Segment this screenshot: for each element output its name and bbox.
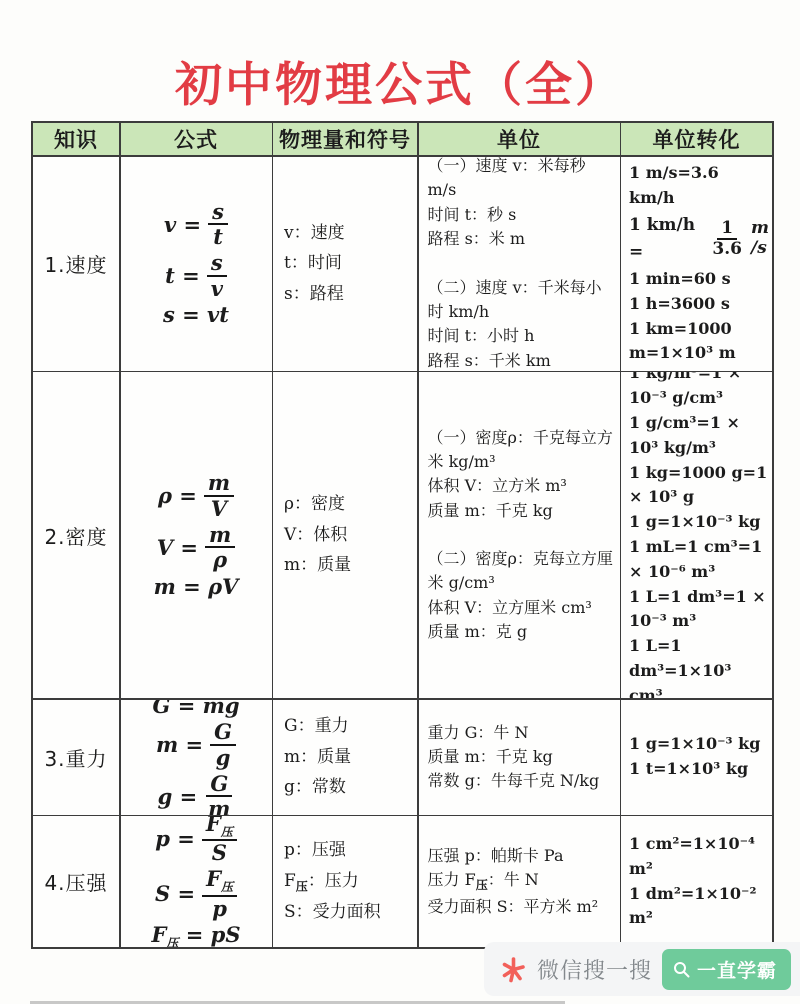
- units-text: （一）速度 v：米每秒 m/s 时间 t：秒 s 路程 s：米 m （二）速度 …: [428, 157, 615, 371]
- formula-lhs: v =: [164, 212, 201, 237]
- density-formula-cell: ρ = m V V = m ρ m = ρV: [121, 372, 272, 698]
- speed-knowledge-cell: 1.速度: [33, 157, 119, 371]
- formula-line: s = vt: [163, 302, 229, 327]
- unit-stack: m /s: [751, 219, 769, 258]
- symbols-text: S：受力面积: [284, 897, 417, 928]
- formula-line: ρ = m V: [158, 471, 234, 520]
- pressure-knowledge-cell: 4.压强: [33, 816, 119, 947]
- fraction: F压 S: [202, 816, 237, 865]
- speed-formula-cell: v = s t t = s v s = vt: [121, 157, 272, 371]
- speed-conversion-cell: 1 m/s=3.6 km/h 1 km/h = 1 3.6 m /s 1 min…: [621, 157, 772, 371]
- search-account-label: 一直学霸: [697, 956, 777, 983]
- pressure-conversion-cell: 1 cm²=1×10⁻⁴ m² 1 dm²=1×10⁻² m²: [621, 816, 772, 947]
- fraction-denominator: p: [208, 897, 231, 921]
- formula-line: p = F压 S: [155, 816, 237, 865]
- formula-plain: F压 = pS: [151, 922, 240, 947]
- force-subscript: 压: [221, 825, 233, 839]
- col-header-conversion: 单位转化: [621, 123, 772, 155]
- force-subscript: 压: [296, 879, 308, 893]
- col-header-units: 单位: [419, 123, 620, 155]
- formula-rhs: = pS: [178, 922, 240, 947]
- search-account-button[interactable]: 一直学霸: [662, 949, 791, 990]
- formula-line: m = ρV: [154, 574, 239, 599]
- force-symbol: F: [284, 871, 296, 891]
- force-subscript: 压: [476, 878, 488, 892]
- symbols-text: ρ：密度 V：体积 m：质量: [284, 489, 417, 581]
- density-knowledge-cell: 2.密度: [33, 372, 119, 698]
- formula-line: V = m ρ: [157, 523, 235, 572]
- fraction-denominator: t: [209, 225, 227, 249]
- fraction: m V: [204, 471, 234, 520]
- formula-plain: m = ρV: [154, 574, 239, 599]
- units-text: 压力 F压：牛 N: [428, 868, 615, 894]
- conversion-fraction-line: 1 km/h = 1 3.6 m /s: [629, 212, 769, 265]
- conversion-text: 1 m/s=3.6 km/h: [629, 161, 769, 211]
- symbols-text: G：重力 m：质量 g：常数: [284, 711, 417, 803]
- pressure-formula-cell: p = F压 S S = F压 p F压 = pS: [121, 816, 272, 947]
- fraction-numerator: s: [208, 200, 228, 226]
- formula-line: v = s t: [164, 200, 228, 249]
- gravity-units-cell: 重力 G：牛 N 质量 m：千克 kg 常数 g：牛每千克 N/kg: [419, 700, 620, 815]
- formula-line: S = F压 p: [155, 867, 237, 920]
- formula-line: t = s v: [165, 251, 227, 300]
- fraction-denominator: ρ: [209, 548, 231, 572]
- symbols-text: v：速度 t：时间 s：路程: [284, 218, 417, 310]
- pressure-units-cell: 压强 p：帕斯卡 Pa 压力 F压：牛 N 受力面积 S：平方米 m²: [419, 816, 620, 947]
- fraction-numerator: G: [210, 720, 236, 746]
- conversion-frac-lhs: 1 km/h =: [629, 212, 703, 265]
- formula-lhs: ρ =: [158, 483, 197, 508]
- gravity-knowledge-cell: 3.重力: [33, 700, 119, 815]
- fraction-numerator: m: [204, 471, 234, 497]
- wechat-search-logo-icon: [500, 956, 527, 983]
- unit-m: m: [751, 219, 769, 239]
- formula-lhs: m =: [156, 732, 203, 757]
- conversion-text: 1 kg/m³=1 × 10⁻³ g/cm³ 1 g/cm³=1 × 10³ k…: [629, 372, 769, 698]
- fraction-denominator: m: [204, 797, 234, 814]
- col-header-formula: 公式: [121, 123, 272, 155]
- fraction-numerator: F压: [202, 816, 237, 841]
- density-symbols-cell: ρ：密度 V：体积 m：质量: [273, 372, 417, 698]
- pressure-symbols-cell: p：压强 F压：压力 S：受力面积: [273, 816, 417, 947]
- fraction: G g: [210, 720, 236, 769]
- fraction-denominator: V: [207, 497, 231, 521]
- formula-line: F压 = pS: [151, 922, 240, 947]
- fraction: s v: [207, 251, 227, 300]
- fraction: s t: [208, 200, 228, 249]
- search-icon: [673, 961, 690, 978]
- conversion-text: 1 cm²=1×10⁻⁴ m² 1 dm²=1×10⁻² m²: [629, 832, 769, 931]
- fraction-numerator: G: [206, 772, 232, 798]
- col-header-symbols: 物理量和符号: [273, 123, 417, 155]
- unit-per-s: /s: [751, 239, 767, 259]
- wechat-search-label: 微信搜一搜: [537, 954, 652, 985]
- fraction-numerator: s: [207, 251, 227, 277]
- force-symbol: F: [151, 922, 166, 947]
- density-units-cell: （一）密度ρ：千克每立方米 kg/m³ 体积 V：立方米 m³ 质量 m：千克 …: [419, 372, 620, 698]
- formula-lhs: p =: [155, 826, 195, 851]
- fraction-numerator: m: [205, 523, 235, 549]
- formula-lhs: t =: [165, 263, 200, 288]
- units-text: 重力 G：牛 N 质量 m：千克 kg 常数 g：牛每千克 N/kg: [428, 721, 615, 794]
- units-text: ：牛 N: [488, 870, 539, 889]
- formula-plain: G = mg: [152, 700, 239, 719]
- fraction-numerator: F压: [202, 867, 237, 897]
- speed-units-cell: （一）速度 v：米每秒 m/s 时间 t：秒 s 路程 s：米 m （二）速度 …: [419, 157, 620, 371]
- fraction-denominator: v: [207, 277, 227, 301]
- units-text: （一）密度ρ：千克每立方米 kg/m³ 体积 V：立方米 m³ 质量 m：千克 …: [428, 426, 615, 645]
- force-subscript: 压: [166, 936, 178, 947]
- fraction: F压 p: [202, 867, 237, 920]
- gravity-symbols-cell: G：重力 m：质量 g：常数: [273, 700, 417, 815]
- formula-line: m = G g: [156, 720, 236, 769]
- physics-formula-table: 知识 公式 物理量和符号 单位 单位转化 1.速度 v = s t t = s …: [31, 121, 774, 949]
- page-title: 初中物理公式（全）: [0, 48, 800, 115]
- fraction: m ρ: [205, 523, 235, 572]
- formula-lhs: S =: [155, 881, 195, 906]
- conversion-text: 1 min=60 s 1 h=3600 s 1 km=1000 m=1×10³ …: [629, 267, 769, 366]
- units-text: 压强 p：帕斯卡 Pa: [428, 844, 615, 868]
- fraction-denominator: g: [212, 746, 235, 770]
- speed-symbols-cell: v：速度 t：时间 s：路程: [273, 157, 417, 371]
- gravity-formula-cell: G = mg m = G g g = G m: [121, 700, 272, 815]
- col-header-knowledge: 知识: [33, 123, 119, 155]
- conversion-text: 1 g=1×10⁻³ kg 1 t=1×10³ kg: [629, 732, 769, 782]
- gravity-conversion-cell: 1 g=1×10⁻³ kg 1 t=1×10³ kg: [621, 700, 772, 815]
- force-symbol: F: [206, 866, 221, 891]
- units-text: 压力 F: [428, 870, 476, 889]
- fraction: G m: [204, 772, 234, 815]
- symbols-text: ：压力: [308, 871, 359, 891]
- formula-line: g = G m: [158, 772, 235, 815]
- fraction-numerator: 1: [717, 219, 737, 240]
- fraction: 1 3.6: [708, 219, 746, 259]
- units-text: 受力面积 S：平方米 m²: [428, 895, 615, 919]
- force-subscript: 压: [221, 880, 233, 894]
- formula-plain: s = vt: [163, 302, 229, 327]
- formula-line: G = mg: [152, 700, 239, 719]
- fraction-denominator: 3.6: [708, 240, 746, 259]
- fraction-denominator: S: [208, 841, 231, 865]
- formula-lhs: g =: [158, 784, 198, 809]
- formula-lhs: V =: [157, 535, 198, 560]
- symbols-text: p：压强: [284, 835, 417, 866]
- force-symbol: F: [206, 816, 221, 836]
- density-conversion-cell: 1 kg/m³=1 × 10⁻³ g/cm³ 1 g/cm³=1 × 10³ k…: [621, 372, 772, 698]
- wechat-search-watermark: 微信搜一搜 一直学霸: [484, 942, 800, 996]
- symbols-text: F压：压力: [284, 866, 417, 898]
